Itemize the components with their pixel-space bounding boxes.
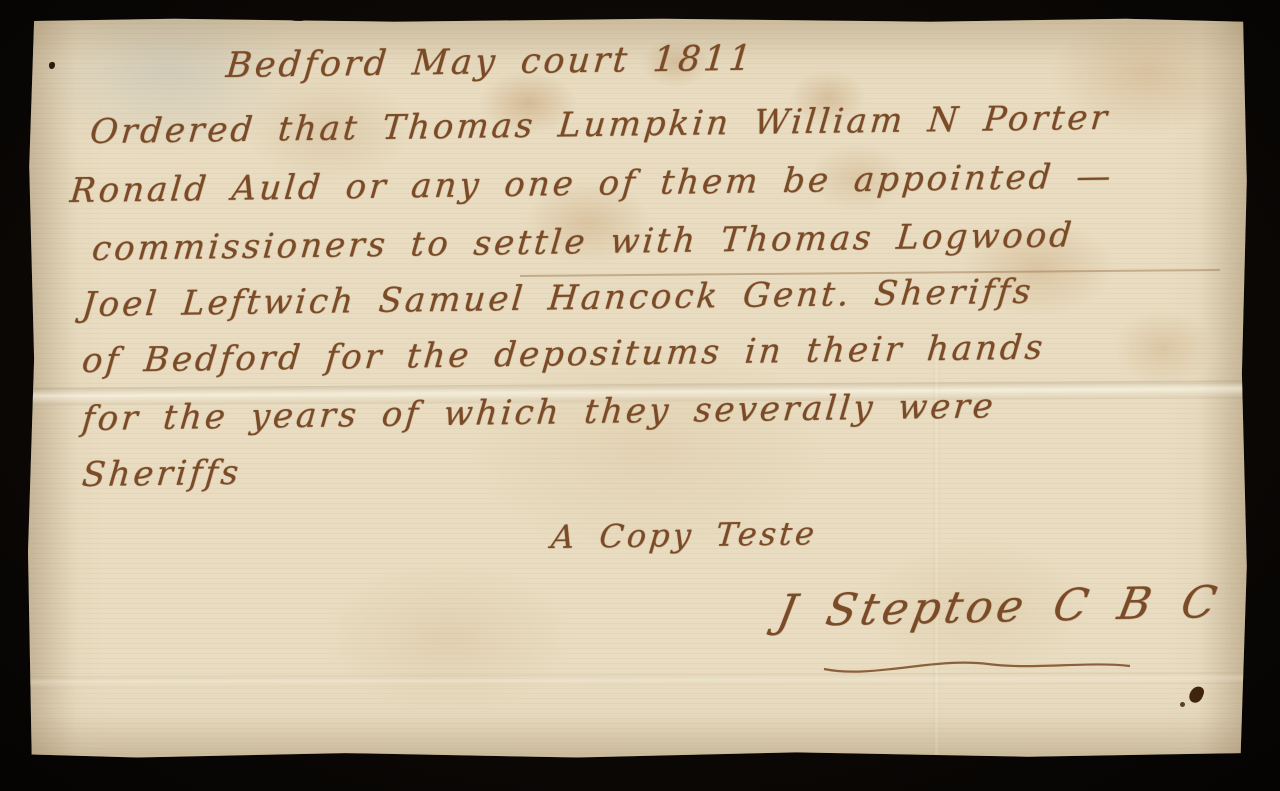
manuscript-heading: Bedford May court 1811 [224,39,756,86]
attestation-line: A Copy Teste [550,514,819,556]
manuscript-line: of Bedford for the depositums in their h… [80,328,1047,382]
scan-background: Bedford May court 1811 Ordered that Thom… [0,0,1280,791]
signature-flourish [818,654,1138,680]
manuscript-line: Ordered that Thomas Lumpkin William N Po… [88,98,1111,152]
document-paper: Bedford May court 1811 Ordered that Thom… [28,18,1248,759]
ink-speck [1180,702,1185,707]
ink-speck [49,62,55,69]
manuscript-line: Ronald Auld or any one of them be appoin… [68,156,1115,211]
manuscript-line: Joel Leftwich Samuel Hancock Gent. Sheri… [80,272,1035,325]
manuscript-line: commissioners to settle with Thomas Logw… [90,215,1076,269]
edge-speck [290,17,306,21]
manuscript-line: Sheriffs [80,453,243,495]
ink-blot [1187,684,1205,705]
clerk-signature: J Steptoe C B C [773,577,1224,637]
manuscript-line: for the years of which they severally we… [80,386,997,439]
